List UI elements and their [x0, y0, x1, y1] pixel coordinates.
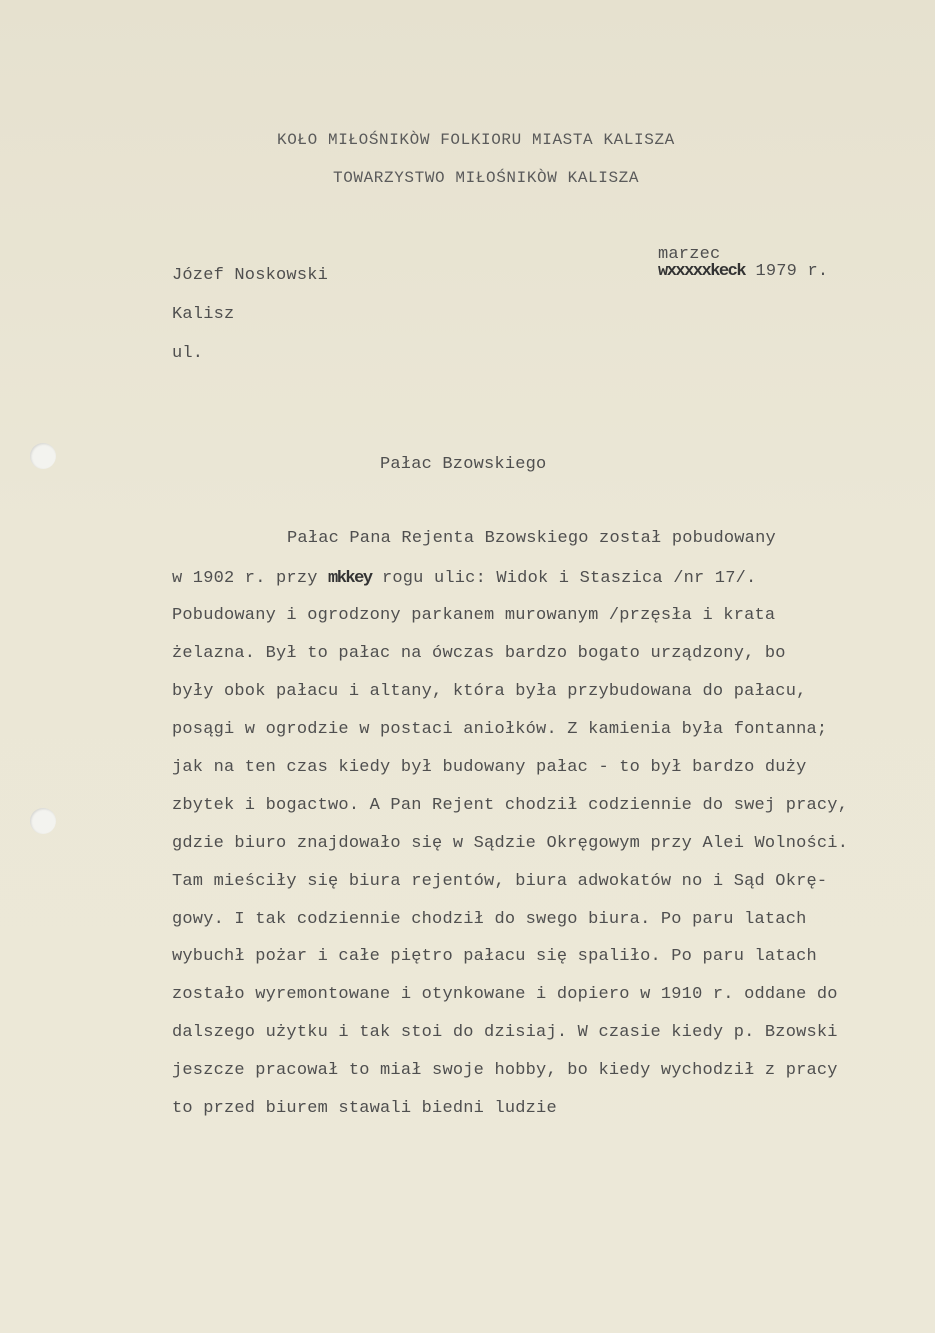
- body-line: były obok pałacu i altany, która była pr…: [172, 682, 807, 701]
- body-line: to przed biurem stawali biedni ludzie: [172, 1099, 557, 1118]
- body-line: jeszcze pracował to miał swoje hobby, bo…: [172, 1061, 838, 1080]
- letterhead-line-1: KOŁO MIŁOŚNIKÒW FOLKIORU MIASTA KALISZA: [277, 131, 675, 149]
- body-line: dalszego użytku i tak stoi do dzisiaj. W…: [172, 1023, 838, 1042]
- date-line: wxxxxxkeck 1979 r.: [658, 262, 828, 281]
- sender-street: ul.: [172, 344, 203, 363]
- body-line: żelazna. Był to pałac na ówczas bardzo b…: [172, 644, 786, 663]
- body-line: gdzie biuro znajdowało się w Sądzie Okrę…: [172, 834, 848, 853]
- body-line: wybuchł pożar i całe piętro pałacu się s…: [172, 947, 817, 966]
- body-line: Pobudowany i ogrodzony parkanem murowany…: [172, 606, 775, 625]
- struck-out-word: mkkey: [328, 569, 372, 588]
- date-year: 1979 r.: [755, 262, 828, 281]
- body-line: posągi w ogrodzie w postaci aniołków. Z …: [172, 720, 827, 739]
- typewritten-letter-page: KOŁO MIŁOŚNIKÒW FOLKIORU MIASTA KALISZA …: [0, 0, 935, 1333]
- letterhead-line-2: TOWARZYSTWO MIŁOŚNIKÒW KALISZA: [333, 169, 639, 187]
- sender-name: Józef Noskowski: [172, 266, 328, 285]
- punch-hole-top: [30, 443, 56, 469]
- body-line: gowy. I tak codziennie chodził do swego …: [172, 910, 807, 929]
- punch-hole-bottom: [30, 808, 56, 834]
- body-line: zostało wyremontowane i otynkowane i dop…: [172, 985, 838, 1004]
- body-line: Pałac Pana Rejenta Bzowskiego został pob…: [287, 529, 776, 548]
- sender-city: Kalisz: [172, 305, 234, 324]
- body-line: zbytek i bogactwo. A Pan Rejent chodził …: [172, 796, 848, 815]
- body-line: jak na ten czas kiedy był budowany pałac…: [172, 758, 807, 777]
- body-line: Tam mieściły się biura rejentów, biura a…: [172, 872, 827, 891]
- document-title: Pałac Bzowskiego: [380, 455, 546, 474]
- struck-out-month: wxxxxxkeck: [658, 262, 745, 281]
- body-line: w 1902 r. przy mkkey rogu ulic: Widok i …: [172, 569, 756, 588]
